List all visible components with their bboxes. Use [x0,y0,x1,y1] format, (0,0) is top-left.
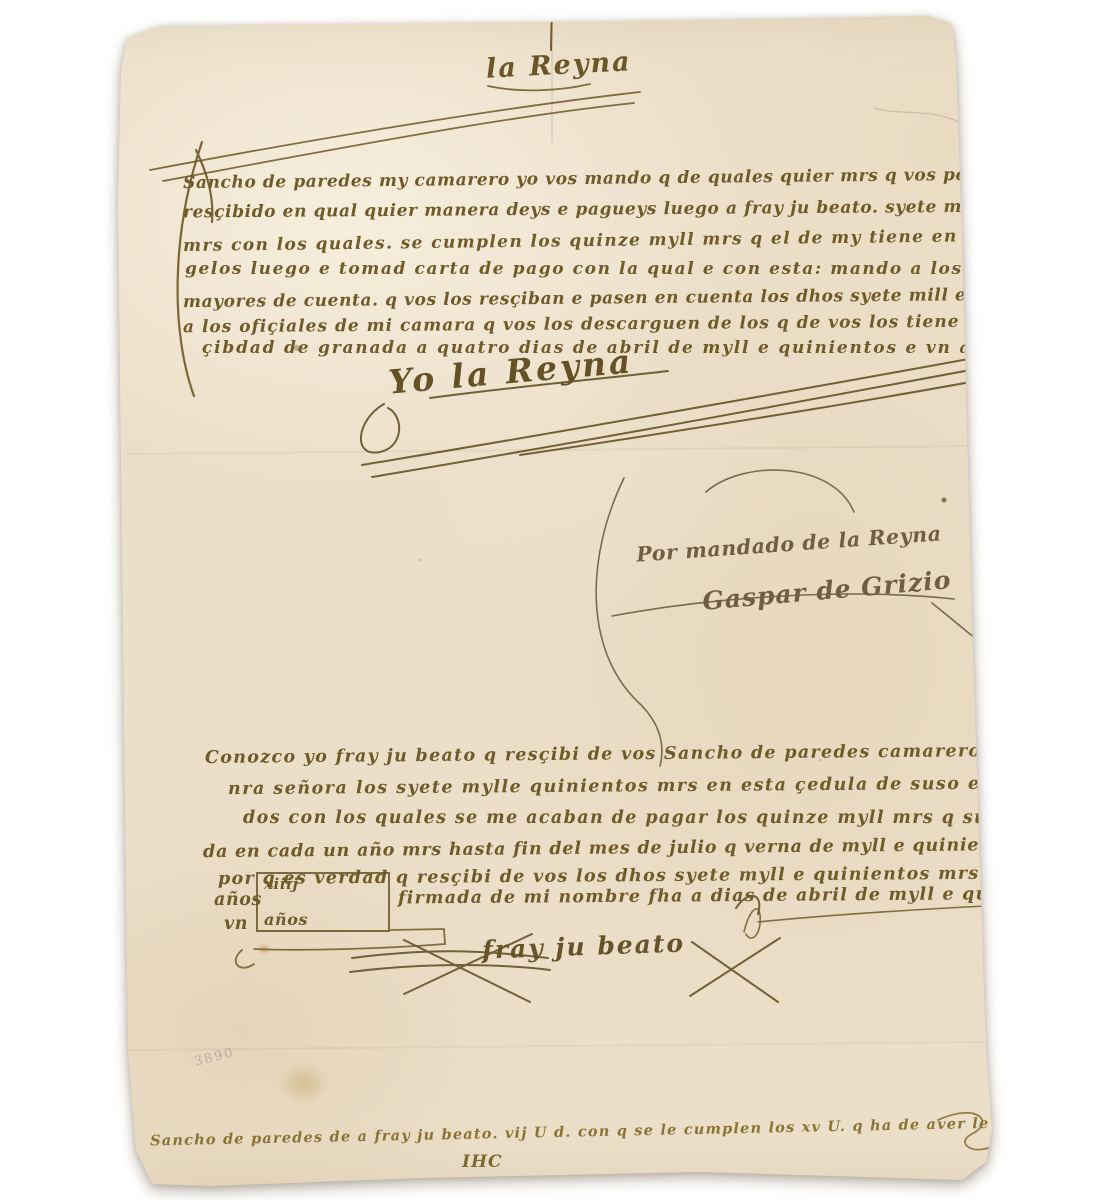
receipt-line: da en cada un año mrs hasta fin del mes … [203,834,1103,862]
docket-line: Sancho de paredes de a fray ju beato. vi… [150,1112,1103,1150]
letter-line: resçibido en qual quier manera deys e pa… [183,196,1103,223]
insert-word: años [264,910,382,929]
letter-line: mayores de cuenta. q vos los resçiban e … [183,284,1103,312]
boxed-insertion: xiiij años [256,872,390,932]
manuscript-paper: la Reyna Sancho de paredes my camarero y… [0,0,1103,1200]
letter-line: Sancho de paredes my camarero yo vos man… [183,163,1103,193]
letter-line: mrs con los quales. se cumplen los quinz… [183,224,1103,256]
receipt-line: nra señora los syete mylle quinientos mr… [228,773,1103,799]
receipt-line: dos con los quales se me acaban de pagar… [243,808,1103,828]
page-title: la Reyna [485,46,632,85]
receipt-line: firmada de mi nombre fha a dias de abril… [398,884,1098,909]
receipt-line: Conozco yo fray ju beato q resçibi de vo… [205,740,1103,768]
secretary-signature: Gaspar de Grizio [701,565,952,616]
letter-line: gelos luego e tomad carta de pago con la… [185,259,1103,279]
secretary-by-order: Por mandado de la Reyna [636,521,943,566]
receipt-line: años [214,890,262,910]
manuscript-photo: la Reyna Sancho de paredes my camarero y… [0,0,1103,1200]
handwriting-layer: la Reyna Sancho de paredes my camarero y… [0,0,1103,1200]
docket-monogram: IHC [462,1152,503,1172]
letter-line: a los ofiçiales de mi camara q vos los d… [183,311,1103,338]
friar-signature: fray ju beato [482,928,686,964]
receipt-final-word: vn [224,914,248,934]
insert-day: xiiij [264,875,382,893]
pencil-mark: 3890 [193,1045,237,1069]
